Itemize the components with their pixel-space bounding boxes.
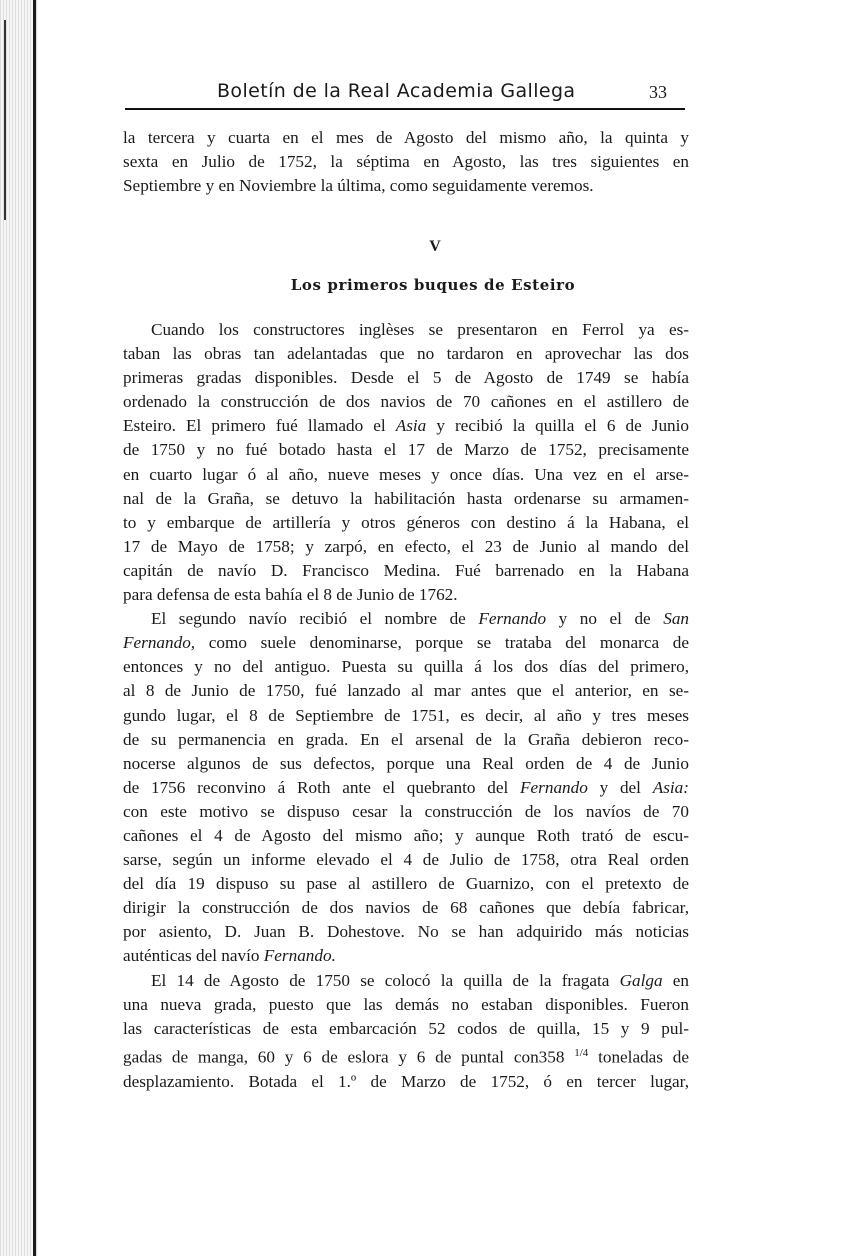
text-line: Cuando los constructores inglèses se pre… [123, 318, 689, 342]
text-run: El 14 de Agosto de 1750 se colocó la qui… [151, 971, 620, 990]
ship-name-fernando: Fernando [478, 609, 546, 628]
text-line: gadas de manga, 60 y 6 de eslora y 6 de … [123, 1041, 689, 1070]
page-number: 33 [649, 82, 667, 103]
text-run: toneladas de [588, 1048, 689, 1067]
ship-name-fernando: Fernando, [123, 633, 195, 652]
text-line: desplazamiento. Botada el 1.º de Marzo d… [123, 1070, 689, 1094]
ship-name-galga: Galga [620, 971, 663, 990]
text-line: al 8 de Junio de 1750, fué lanzado al ma… [123, 679, 689, 703]
ship-name-asia: Asia [396, 416, 427, 435]
journal-title: Boletín de la Real Academia Gallega [217, 80, 575, 102]
spine-edge-line [33, 0, 36, 1256]
text-line: capitán de navío D. Francisco Medina. Fu… [123, 559, 689, 583]
running-header: Boletín de la Real Academia Gallega 33 [125, 76, 685, 110]
text-line: una nueva grada, puesto que las demás no… [123, 993, 689, 1017]
text-line: la tercera y cuarta en el mes de Agosto … [123, 126, 689, 150]
text-run: auténticas del navío [123, 946, 264, 965]
text-line: por asiento, D. Juan B. Dohestove. No se… [123, 920, 689, 944]
ship-name-fernando: Fernando [520, 778, 588, 797]
text-line: auténticas del navío Fernando. [123, 944, 689, 968]
text-run: El segundo navío recibió el nombre de [151, 609, 478, 628]
section-title: Los primeros buques de Esteiro [0, 276, 850, 294]
text-run: de 1756 reconvino á Roth ante el quebran… [123, 778, 520, 797]
text-line: primeras gradas disponibles. Desde el 5 … [123, 366, 689, 390]
text-line: nal de la Graña, se detuvo la habilitaci… [123, 487, 689, 511]
text-line: gundo lugar, el 8 de Septiembre de 1751,… [123, 704, 689, 728]
text-run: Esteiro. El primero fué llamado el [123, 416, 386, 435]
text-line: Esteiro. El primero fué llamado el Asia … [123, 414, 689, 438]
text-line: las características de esta embarcación … [123, 1017, 689, 1041]
text-line: con este motivo se dispuso cesar la cons… [123, 800, 689, 824]
text-line: 17 de Mayo de 1758; y zarpó, en efecto, … [123, 535, 689, 559]
text-line: to y embarque de artillería y otros géne… [123, 511, 689, 535]
text-line: de 1756 reconvino á Roth ante el quebran… [123, 776, 689, 800]
text-line: taban las obras tan adelantadas que no t… [123, 342, 689, 366]
fraction: 1/4 [574, 1047, 588, 1059]
text-run: como suele denominarse, porque se tratab… [195, 633, 689, 652]
text-line: en cuarto lugar ó al año, nueve meses y … [123, 463, 689, 487]
intro-paragraph: la tercera y cuarta en el mes de Agosto … [123, 126, 689, 198]
text-line: El segundo navío recibió el nombre de Fe… [123, 607, 689, 631]
ship-name-san: San [663, 609, 689, 628]
text-run: y no el de [546, 609, 663, 628]
paragraph-first-ship: Cuando los constructores inglèses se pre… [123, 318, 689, 1094]
text-run: y recibió la quilla el 6 de Junio [426, 416, 689, 435]
section-number: V [0, 238, 850, 256]
text-line: nocerse algunos de sus defectos, porque … [123, 752, 689, 776]
text-line: sexta en Julio de 1752, la séptima en Ag… [123, 150, 689, 174]
text-line: Septiembre y en Noviembre la última, com… [123, 174, 689, 198]
text-line: del día 19 dispuso su pase al astillero … [123, 872, 689, 896]
text-line: para defensa de esta bahía el 8 de Junio… [123, 583, 689, 607]
text-run: en [663, 971, 689, 990]
text-line: dirigir la construcción de dos navios de… [123, 896, 689, 920]
ship-name-asia: Asia: [653, 778, 689, 797]
text-line: de 1750 y no fué botado hasta el 17 de M… [123, 438, 689, 462]
ship-name-fernando: Fernando. [264, 946, 336, 965]
text-line: ordenado la construcción de dos navios d… [123, 390, 689, 414]
text-run: y del [588, 778, 653, 797]
text-line: cañones el 4 de Agosto del mismo año; y … [123, 824, 689, 848]
text-run: gadas de manga, 60 y 6 de eslora y 6 de … [123, 1048, 574, 1067]
text-line: El 14 de Agosto de 1750 se colocó la qui… [123, 969, 689, 993]
spine-edge-mark [4, 20, 6, 220]
text-line: Fernando, como suele denominarse, porque… [123, 631, 689, 655]
text-line: de su permanencia en grada. En el arsena… [123, 728, 689, 752]
text-line: sarse, según un informe elevado el 4 de … [123, 848, 689, 872]
text-line: entonces y no del antiguo. Puesta su qui… [123, 655, 689, 679]
